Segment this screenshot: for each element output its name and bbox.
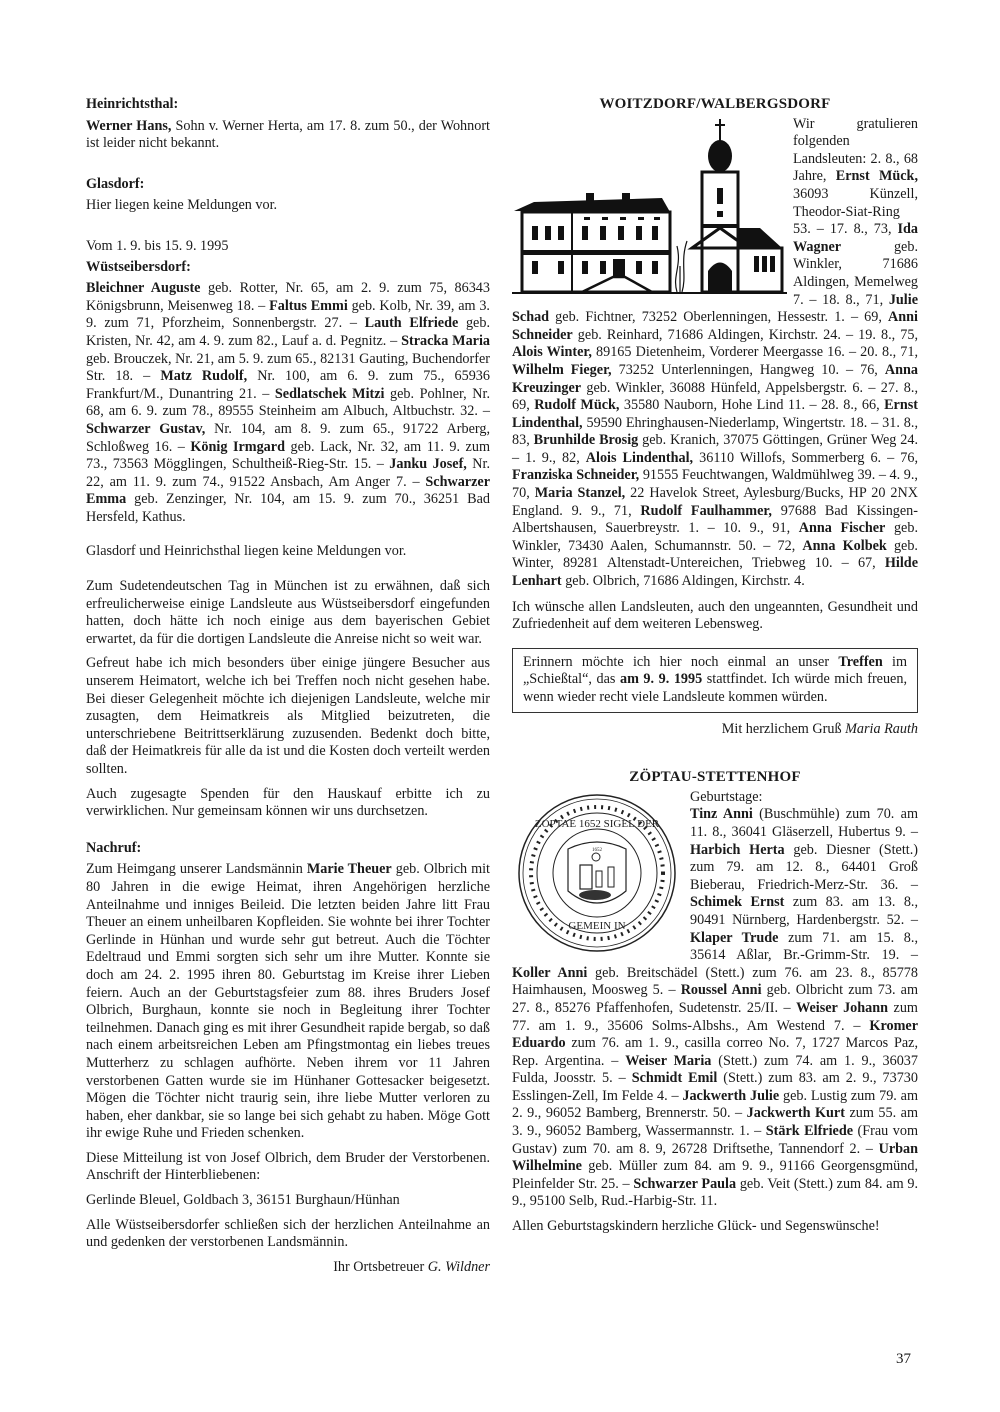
glasdorf-text: Hier liegen keine Meldungen vor.: [86, 197, 490, 215]
heading-nachruf: Nachruf:: [86, 840, 490, 858]
entry-name: Anna Kolbek: [802, 538, 886, 554]
no-reports-note: Glasdorf und Heinrichsthal liegen keine …: [86, 543, 490, 561]
entry-name: Klaper Trude: [690, 930, 778, 946]
woitzdorf-wish: Ich wünsche allen Landsleuten, auch den …: [512, 599, 918, 634]
heading-woitzdorf: WOITZDORF/WALBERGSDORF: [512, 96, 918, 114]
entry-name: Maria Stanzel,: [535, 485, 625, 501]
right-column: WOITZDORF/WALBERGSDORF: [512, 96, 918, 1243]
entry-name: Schmidt Emil: [632, 1070, 718, 1086]
entry-name: Rudolf Faulhammer,: [640, 503, 772, 519]
entry-name: Lauth Elfriede: [365, 315, 459, 331]
entry-name: Faltus Emmi: [269, 298, 348, 314]
entry-name: Brunhilde Brosig: [534, 432, 639, 448]
paragraph-spenden: Auch zugesagte Spenden für den Hauskauf …: [86, 786, 490, 821]
signature-rauth: Mit herzlichem Gruß Maria Rauth: [512, 721, 918, 739]
heading-zoeptau: ZÖPTAU-STETTENHOF: [512, 769, 918, 787]
entry-name: Weiser Johann: [796, 1000, 888, 1016]
entry-name: Rudolf Mück,: [534, 397, 619, 413]
entry-name: Stracka Maria: [401, 333, 490, 349]
wuestseibersdorf-entries: Bleichner Auguste geb. Rotter, Nr. 65, a…: [86, 280, 490, 526]
entry-name: Harbich Herta: [690, 842, 785, 858]
entry-name: Janku Josef,: [389, 456, 467, 472]
nachruf-body: Zum Heimgang unserer Landsmännin Marie T…: [86, 861, 490, 1143]
heading-wuestseibersdorf: Wüstseibersdorf:: [86, 259, 490, 277]
zoeptau-closing: Allen Geburtstagskindern herzliche Glück…: [512, 1218, 918, 1236]
entry-name: Koller Anni: [512, 965, 587, 981]
church-school-illustration: [512, 116, 787, 294]
entry-name: Weiser Maria: [625, 1053, 711, 1069]
entry-name: Roussel Anni: [681, 982, 762, 998]
entry-name: König Irmgard: [190, 439, 285, 455]
page-number: 37: [896, 1351, 911, 1368]
entry-name: Franziska Schneider,: [512, 467, 639, 483]
entry-name: Sedlatschek Mitzi: [275, 386, 385, 402]
deceased-name: Marie Theuer: [307, 861, 392, 877]
entry-name: Matz Rudolf,: [160, 368, 247, 384]
svg-text:ZOPTAE 1652 SIGEL DER: ZOPTAE 1652 SIGEL DER: [535, 818, 660, 830]
entry-name: Schwarzer Gustav,: [86, 421, 205, 437]
entry-name: Jackwerth Julie: [682, 1088, 779, 1104]
svg-text:GEMEIN IN: GEMEIN IN: [568, 920, 625, 932]
heading-glasdorf: Glasdorf:: [86, 176, 490, 194]
entry-name: Tinz Anni: [690, 806, 753, 822]
nachruf-closing: Alle Wüstseibersdorfer schließen sich de…: [86, 1217, 490, 1252]
entry-name: Schimek Ernst: [690, 894, 784, 910]
entry-name: Ernst Mück,: [836, 168, 918, 184]
entry-name: Schwarzer Paula: [633, 1176, 736, 1192]
paragraph-sudetendeutscher-tag: Zum Sudetendeutschen Tag in München ist …: [86, 578, 490, 648]
paragraph-besucher: Gefreut habe ich mich besonders über ein…: [86, 655, 490, 778]
entry-name: Alois Lindenthal,: [586, 450, 693, 466]
nachruf-info: Diese Mitteilung ist von Josef Olbrich, …: [86, 1150, 490, 1185]
municipal-seal-image: 1652 ZOPTAE 1652 SIGEL DER GEMEIN IN: [512, 791, 682, 955]
entry-name: Anna Fischer: [799, 520, 886, 536]
left-column: Heinrichtsthal: Werner Hans, Sohn v. Wer…: [86, 96, 490, 1283]
meeting-notice-box: Erinnern möchte ich hier noch einmal an …: [512, 648, 918, 713]
svg-text:1652: 1652: [592, 848, 603, 853]
entry-name: Wilhelm Fieger,: [512, 362, 612, 378]
entry-name: Bleichner Auguste: [86, 280, 200, 296]
signature-wildner: Ihr Ortsbetreuer G. Wildner: [86, 1259, 490, 1277]
entry-heinrichsthal: Werner Hans, Sohn v. Werner Herta, am 17…: [86, 118, 490, 153]
entry-name: Jackwerth Kurt: [747, 1105, 845, 1121]
heading-heinrichsthal: Heinrichtsthal:: [86, 96, 490, 114]
entry-name: Werner Hans,: [86, 118, 171, 134]
date-range: Vom 1. 9. bis 15. 9. 1995: [86, 238, 490, 256]
entry-name: Alois Winter,: [512, 344, 592, 360]
entry-name: Stärk Elfriede: [766, 1123, 853, 1139]
nachruf-address: Gerlinde Bleuel, Goldbach 3, 36151 Burgh…: [86, 1192, 490, 1210]
